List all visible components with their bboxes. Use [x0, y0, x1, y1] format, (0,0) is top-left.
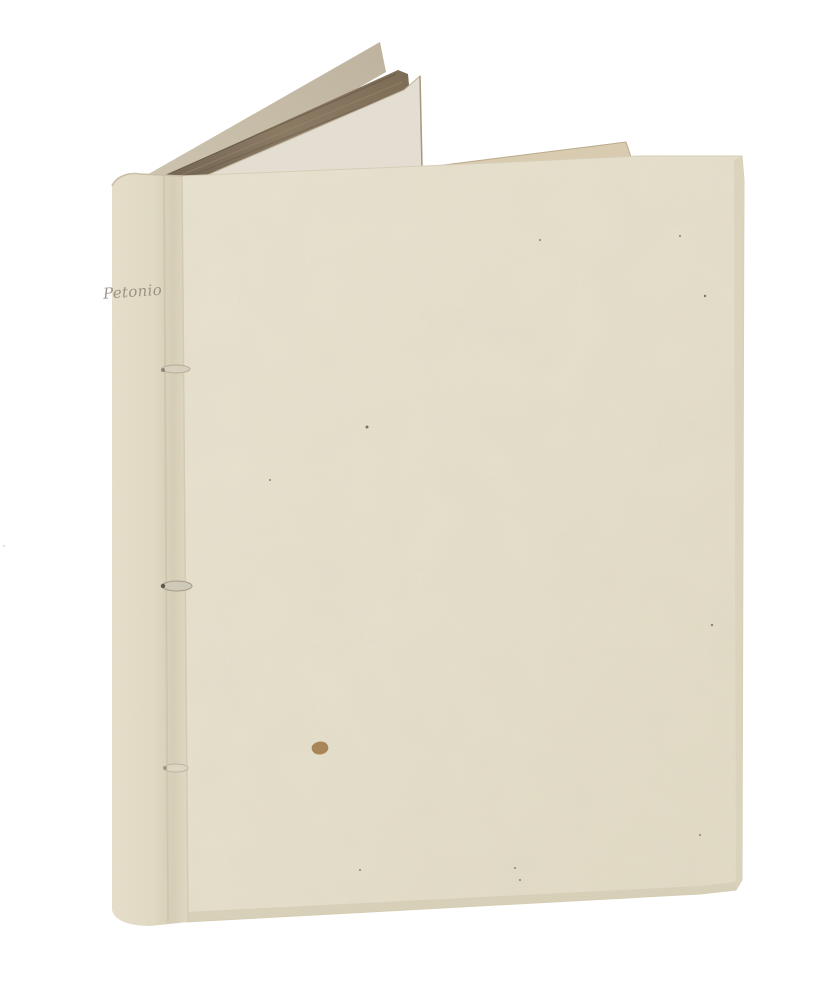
spine-band-top: [161, 365, 190, 373]
spine-band-middle: [161, 581, 192, 591]
photo-scene: Petonio: [0, 0, 816, 1000]
spine-band-bottom: [163, 764, 188, 772]
background-speck: [3, 545, 5, 547]
book-illustration: [0, 0, 816, 1000]
front-cover: [180, 156, 744, 922]
